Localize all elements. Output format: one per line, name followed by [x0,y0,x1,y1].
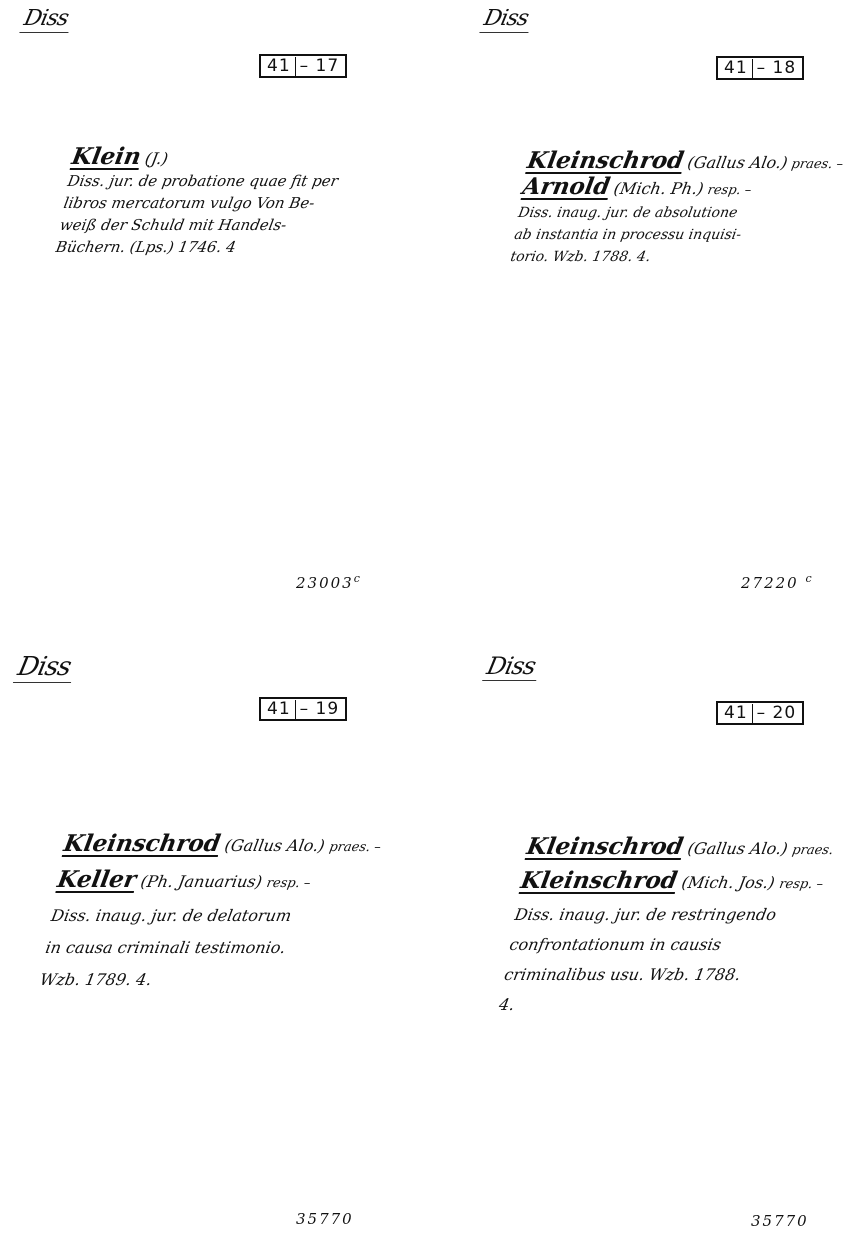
call-number-prefix: 41 [267,701,291,718]
call-number: 41 – 18 [716,56,804,80]
accession-suffix: c [354,572,362,585]
author-given: (Gallus Alo.) [223,836,326,855]
respondent-given: (Mich. Ph.) [612,179,705,198]
entry-line: Diss. inaug. jur. de absolutione [516,202,836,224]
respondent-line: Keller (Ph. Januarius) resp. – [54,864,378,900]
category-heading: Diss [19,8,74,33]
call-number: 41 – 20 [716,701,804,725]
author-surname: Kleinschrod [62,830,223,857]
respondent-line: Kleinschrod (Mich. Jos.) resp. – [518,866,831,900]
respondent-surname: Keller [55,866,138,893]
accession-number: 27220 c [741,572,814,592]
respondent-surname: Kleinschrod [519,867,680,894]
author-line: Kleinschrod (Gallus Alo.) praes. [524,832,837,866]
call-number-divider [295,57,296,76]
call-number-divider [295,700,296,719]
call-number: 41 – 19 [259,697,347,721]
author-line: Klein (J.) [70,146,344,170]
entry-line: Büchern. (Lps.) 1746. 4 [54,236,328,258]
category-heading: Diss [13,654,77,683]
author-surname: Kleinschrod [525,833,686,860]
author-role: praes. – [790,157,844,172]
call-number-suffix: – 20 [757,705,797,722]
call-number-divider [752,59,753,78]
catalog-card: Diss 41 – 18 Kleinschrod (Gallus Alo.) p… [425,0,850,608]
author-given: (Gallus Alo.) [686,153,789,172]
entry-line: criminalibus usu. Wzb. 1788. [502,960,814,990]
call-number-divider [752,704,753,723]
entry-line: Diss. jur. de probatione quae fit per [66,170,340,192]
entry-line: weiß der Schuld mit Handels- [58,214,332,236]
entry-line: libros mercatorum vulgo Von Be- [62,192,336,214]
category-heading: Diss [479,8,534,33]
catalog-card: Diss 41 – 17 Klein (J.) Diss. jur. de pr… [0,0,425,608]
call-number-prefix: 41 [267,58,291,75]
accession-suffix: c [806,572,814,585]
bibliographic-entry: Kleinschrod (Gallus Alo.) praes. Kleinsc… [496,832,836,1020]
accession-number: 35770 [296,1208,354,1228]
accession-number: 23003c [296,572,362,592]
bibliographic-entry: Kleinschrod (Gallus Alo.) praes. – Arnol… [509,150,846,268]
entry-line: Diss. inaug. jur. de restringendo [512,900,824,930]
bibliographic-entry: Kleinschrod (Gallus Alo.) praes. – Kelle… [37,828,384,996]
category-heading: Diss [482,654,541,681]
respondent-role: resp. – [706,183,752,198]
catalog-card: Diss 41 – 20 Kleinschrod (Gallus Alo.) p… [425,620,850,1248]
call-number-suffix: – 18 [757,60,797,77]
author-surname: Klein [70,143,144,170]
entry-line: Diss. inaug. jur. de delatorum [48,900,371,932]
call-number-prefix: 41 [724,60,748,77]
call-number-prefix: 41 [724,705,748,722]
call-number-suffix: – 17 [300,58,340,75]
respondent-line: Arnold (Mich. Ph.) resp. – [520,176,841,202]
entry-line: torio. Wzb. 1788. 4. [509,246,829,268]
bibliographic-entry: Klein (J.) Diss. jur. de probatione quae… [54,146,344,258]
respondent-given: (Mich. Jos.) [680,873,776,892]
author-given: (J.) [144,149,170,168]
entry-line: ab instantia in processu inquisi- [512,224,832,246]
accession-number: 35770 [751,1210,809,1230]
catalog-card: Diss 41 – 19 Kleinschrod (Gallus Alo.) p… [0,620,425,1248]
entry-line: 4. [496,990,808,1020]
respondent-role: resp. – [778,877,824,892]
entry-line: Wzb. 1789. 4. [37,964,360,996]
respondent-role: resp. – [265,876,311,891]
author-line: Kleinschrod (Gallus Alo.) praes. – [60,828,384,864]
call-number: 41 – 17 [259,54,347,78]
author-role: praes. [791,843,834,858]
call-number-suffix: – 19 [300,701,340,718]
entry-line: confrontationum in causis [507,930,819,960]
author-given: (Gallus Alo.) [686,839,789,858]
author-surname: Kleinschrod [525,147,686,174]
respondent-surname: Arnold [521,173,613,200]
author-role: praes. – [328,840,382,855]
respondent-given: (Ph. Januarius) [139,872,263,891]
entry-line: in causa criminali testimonio. [43,932,366,964]
